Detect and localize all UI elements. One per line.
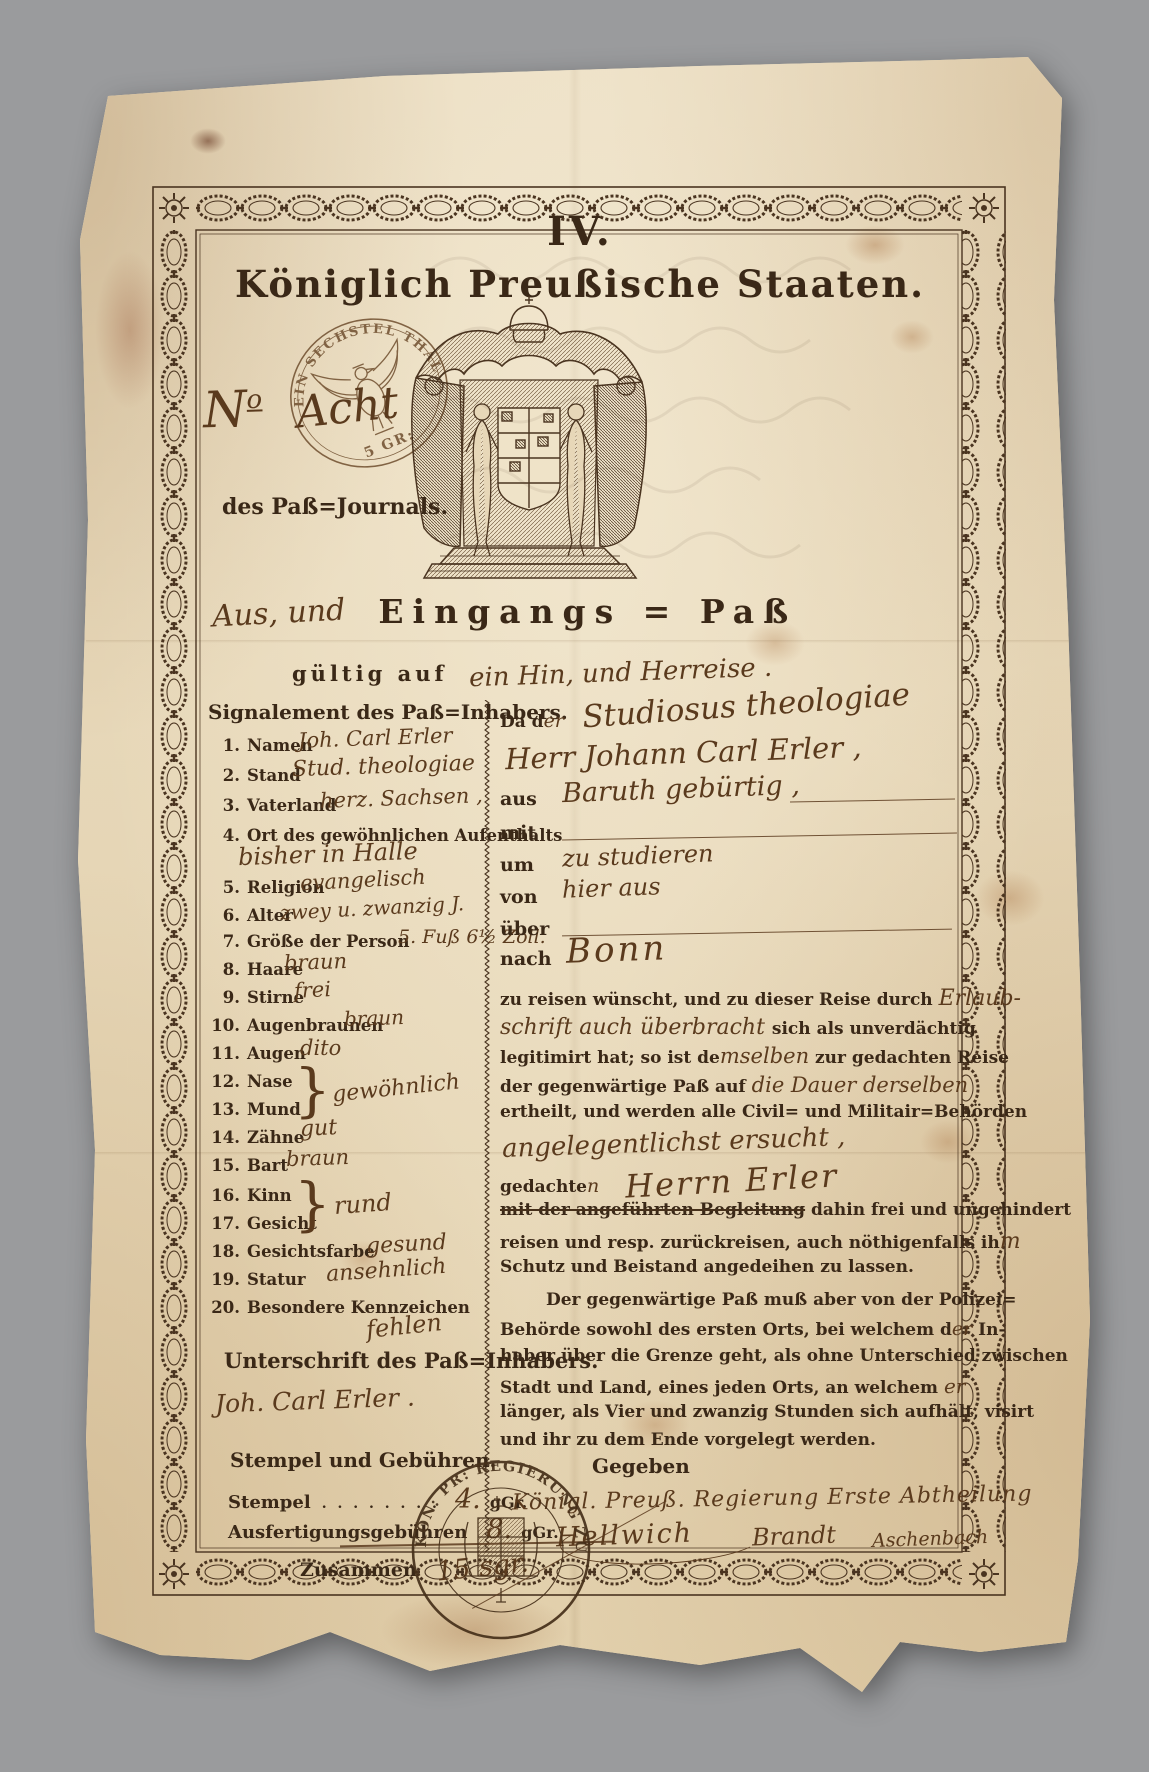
print-segment: haber über die Grenze geht, als ohne Unt… bbox=[500, 1346, 1068, 1366]
body1-line-10: Schutz und Beistand angedeihen zu lassen… bbox=[500, 1257, 914, 1277]
body2-line-2: Behörde sowohl des ersten Orts, bei welc… bbox=[500, 1318, 1006, 1340]
pass-title-printed: Eingangs = Paß bbox=[378, 592, 797, 631]
row-num: 4. bbox=[210, 826, 240, 845]
body2-line-5: länger, als Vier und zwanzig Stunden sic… bbox=[500, 1402, 1034, 1422]
hand-segment: m bbox=[1000, 1229, 1021, 1254]
signalement-row-9: 9.Stirne bbox=[210, 988, 304, 1007]
row-num: 5. bbox=[210, 878, 240, 897]
validity-label: gültig auf bbox=[292, 661, 448, 686]
official-signature-3: Aschenbach bbox=[872, 1526, 989, 1552]
validity-value: ein Hin, und Herreise . bbox=[468, 653, 772, 694]
row-num: 13. bbox=[210, 1100, 240, 1119]
field-mit-label: mit bbox=[500, 822, 536, 844]
intro-line-1: Da der bbox=[500, 710, 564, 732]
print-segment: Behörde sowohl des ersten Orts, bei welc… bbox=[500, 1320, 952, 1340]
body1-line-8: mit der angeführten Begleitung dahin fre… bbox=[500, 1200, 1071, 1220]
print-segment: In- bbox=[972, 1320, 1005, 1340]
body2-line-1: Der gegenwärtige Paß muß aber von der Po… bbox=[546, 1290, 1017, 1310]
signalement-value-14: gut bbox=[299, 1115, 337, 1142]
print-segment: länger, als Vier und zwanzig Stunden sic… bbox=[500, 1402, 1034, 1422]
signalement-value-8: braun bbox=[284, 949, 348, 975]
field-aus-label: aus bbox=[500, 788, 537, 810]
fee-total-label: Zusammen bbox=[300, 1559, 417, 1581]
struck-segment: mit der angeführten Begleitung bbox=[500, 1200, 805, 1220]
print-segment: gedachte bbox=[500, 1177, 587, 1197]
hand-segment: Erlaub- bbox=[939, 986, 1021, 1011]
row-num: 10. bbox=[210, 1016, 240, 1035]
print-segment: sich als unverdächtig bbox=[772, 1019, 976, 1039]
signalement-value-10: braun bbox=[344, 1005, 405, 1031]
print-segment: Der gegenwärtige Paß muß aber von der Po… bbox=[546, 1290, 1017, 1310]
given-label: Gegeben bbox=[592, 1454, 690, 1478]
row-num: 18. bbox=[210, 1242, 240, 1261]
row-num: 3. bbox=[210, 796, 240, 815]
signalement-row-2: 2.Stand bbox=[210, 766, 301, 785]
signalement-row-18: 18.Gesichtsfarbe bbox=[210, 1242, 375, 1261]
journal-no-sup: o bbox=[246, 385, 263, 416]
body1-line-9: reisen und resp. zurückreisen, auch nöth… bbox=[500, 1229, 1021, 1254]
body1-line-5: ertheilt, und werden alle Civil= und Mil… bbox=[500, 1102, 1027, 1122]
seal-arms-icon bbox=[464, 1496, 538, 1602]
signalement-row-13: 13.Mund bbox=[210, 1100, 301, 1119]
row-num: 1. bbox=[210, 736, 240, 755]
row-num: 20. bbox=[210, 1298, 240, 1317]
print-segment: zu reisen wünscht, und zu dieser Reise d… bbox=[500, 990, 939, 1010]
field-nach-value: Bonn bbox=[565, 928, 668, 972]
field-um-label: um bbox=[500, 854, 534, 876]
print-segment: und ihr zu dem Ende vorgelegt werden. bbox=[500, 1430, 876, 1450]
signalement-value-15: braun bbox=[286, 1145, 350, 1171]
journal-no-n: N bbox=[202, 380, 248, 439]
pass-title-hand-prefix: Aus, und bbox=[211, 593, 346, 635]
validity-line: gültig auf ein Hin, und Herreise . bbox=[292, 658, 772, 688]
row-num: 6. bbox=[210, 906, 240, 925]
body2-line-3: haber über die Grenze geht, als ohne Unt… bbox=[500, 1346, 1068, 1366]
print-segment: reisen und resp. zurückreisen, auch nöth… bbox=[500, 1233, 1000, 1253]
field-von-label: von bbox=[500, 886, 538, 908]
row-num: 14. bbox=[210, 1128, 240, 1147]
row-num: 9. bbox=[210, 988, 240, 1007]
hand-segment: die Dauer derselben bbox=[752, 1073, 969, 1097]
signalement-row-11: 11.Augen bbox=[210, 1044, 306, 1063]
field-ueber-label: über bbox=[500, 918, 549, 940]
field-nach-label: nach bbox=[500, 948, 552, 970]
body1-line-1: zu reisen wünscht, und zu dieser Reise d… bbox=[500, 986, 1021, 1011]
row-num: 19. bbox=[210, 1270, 240, 1289]
signalement-row-7: 7.Größe der Person bbox=[210, 932, 410, 951]
fee-label: Stempel bbox=[228, 1492, 311, 1513]
brace-12-13: } bbox=[294, 1056, 331, 1124]
journal-no-value: Acht bbox=[294, 377, 401, 438]
body2-line-6: und ihr zu dem Ende vorgelegt werden. bbox=[500, 1430, 876, 1450]
row-label: Gesichtsfarbe bbox=[247, 1242, 375, 1261]
row-num: 17. bbox=[210, 1214, 240, 1233]
row-num: 11. bbox=[210, 1044, 240, 1063]
print-segment: Stadt und Land, eines jeden Orts, an wel… bbox=[500, 1378, 944, 1398]
hand-segment: schrift auch überbracht bbox=[500, 1015, 772, 1040]
body1-line-3: legitimirt hat; so ist demselben zur ged… bbox=[500, 1044, 1009, 1068]
row-label: Bart bbox=[247, 1156, 288, 1175]
row-num: 7. bbox=[210, 932, 240, 951]
row-label: Mund bbox=[247, 1100, 301, 1119]
body1-line-2: schrift auch überbracht sich als unverdä… bbox=[500, 1015, 976, 1040]
row-label: Nase bbox=[247, 1072, 293, 1091]
body2-line-4: Stadt und Land, eines jeden Orts, an wel… bbox=[500, 1374, 965, 1398]
intro-hand-suffix: er bbox=[544, 710, 564, 732]
hand-segment: Herrn Erler bbox=[624, 1156, 839, 1205]
row-label: Statur bbox=[247, 1270, 306, 1289]
brace-16-17: } bbox=[294, 1170, 331, 1238]
row-num: 12. bbox=[210, 1072, 240, 1091]
print-segment: Schutz und Beistand angedeihen zu lassen… bbox=[500, 1257, 914, 1277]
print-segment: zur gedachten Reise bbox=[809, 1048, 1009, 1068]
row-label: Größe der Person bbox=[247, 932, 410, 951]
signalement-row-14: 14.Zähne bbox=[210, 1128, 304, 1147]
field-um-value: zu studieren bbox=[562, 839, 714, 872]
row-label: Zähne bbox=[247, 1128, 304, 1147]
signalement-value-9: frei bbox=[293, 977, 331, 1003]
signalement-row-19: 19.Statur bbox=[210, 1270, 306, 1289]
field-von-value: hier aus bbox=[562, 872, 661, 903]
hand-segment: n bbox=[587, 1175, 599, 1197]
print-segment: der gegenwärtige Paß auf bbox=[500, 1077, 752, 1097]
row-num: 2. bbox=[210, 766, 240, 785]
print-segment: legitimirt hat; so ist de bbox=[500, 1048, 720, 1068]
hand-segment: er bbox=[952, 1318, 972, 1340]
bleed-through-writing bbox=[420, 230, 980, 570]
body1-line-7: gedachtenHerrn Erler bbox=[500, 1162, 839, 1200]
journal-number: No Acht bbox=[202, 375, 400, 440]
signalement-row-3: 3.Vaterland bbox=[210, 796, 336, 815]
row-num: 16. bbox=[210, 1186, 240, 1205]
hand-segment: mselben bbox=[720, 1044, 809, 1068]
row-label: Kinn bbox=[247, 1186, 292, 1205]
signalement-row-16: 16.Kinn bbox=[210, 1186, 292, 1205]
pass-title: Aus, und Eingangs = Paß bbox=[212, 592, 797, 631]
photo-backdrop: IV. Königlich Preußische Staaten. EIN SE… bbox=[0, 0, 1149, 1772]
body1-line-4: der gegenwärtige Paß auf die Dauer derse… bbox=[500, 1073, 968, 1097]
row-num: 15. bbox=[210, 1156, 240, 1175]
print-segment: dahin frei und ungehindert bbox=[805, 1200, 1071, 1220]
signalement-row-12: 12.Nase bbox=[210, 1072, 293, 1091]
ink-blot-stain bbox=[190, 128, 226, 154]
print-segment: ertheilt, und werden alle Civil= und Mil… bbox=[500, 1102, 1027, 1122]
journal-label: des Paß=Journals. bbox=[222, 494, 448, 520]
intro-print: Da d bbox=[500, 712, 544, 732]
hand-segment: er bbox=[944, 1374, 965, 1398]
row-num: 8. bbox=[210, 960, 240, 979]
body1-line-6: angelegentlichst ersucht , bbox=[502, 1128, 845, 1158]
official-signature-2: Brandt bbox=[752, 1521, 837, 1552]
office-seal: KÖN: PR: REGIERUNG ZU POTSDAM bbox=[406, 1452, 596, 1648]
brace-16-17-value: rund bbox=[333, 1188, 393, 1220]
signalement-row-15: 15.Bart bbox=[210, 1156, 288, 1175]
